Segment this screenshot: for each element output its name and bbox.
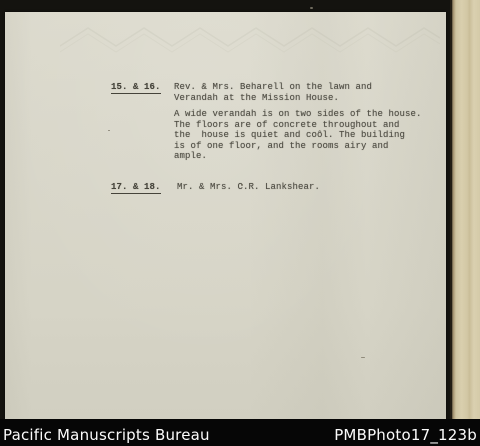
- footer: Pacific Manuscripts Bureau PMBPhoto17_12…: [0, 426, 480, 444]
- typewritten-line: Verandah at the Mission House.: [174, 93, 372, 104]
- typewritten-line: ample.: [174, 151, 422, 162]
- scanned-page: [5, 12, 446, 419]
- entry-15-16-description: A wide verandah is on two sides of the h…: [174, 109, 422, 162]
- adjacent-page-edge: [450, 0, 480, 427]
- archive-name: Pacific Manuscripts Bureau: [3, 426, 210, 444]
- photo-id: PMBPhoto17_123b: [334, 426, 477, 444]
- dust-speck: [310, 7, 313, 9]
- entry-number-label: 15. & 16.: [111, 82, 161, 94]
- catalog-entry-17-18: 17. & 18.: [111, 182, 161, 194]
- typewritten-line: The floors are of concrete throughout an…: [174, 120, 422, 131]
- entry-15-16-caption: Rev. & Mrs. Beharell on the lawn and Ver…: [174, 82, 372, 103]
- typewritten-line: A wide verandah is on two sides of the h…: [174, 109, 422, 120]
- scan-viewer: { "page": { "entries": [ { "label": "15.…: [0, 0, 480, 446]
- catalog-entry-15-16: 15. & 16.: [111, 82, 161, 94]
- typewritten-line: Mr. & Mrs. C.R. Lankshear.: [177, 182, 320, 193]
- typewritten-line: Rev. & Mrs. Beharell on the lawn and: [174, 82, 372, 93]
- typewritten-line: the house is quiet and coôl. The buildin…: [174, 130, 422, 141]
- typewritten-line: is of one floor, and the rooms airy and: [174, 141, 422, 152]
- dust-speck: [108, 130, 110, 131]
- chevron-watermark: [60, 16, 440, 58]
- entry-number-label: 17. & 18.: [111, 182, 161, 194]
- entry-17-18-caption: Mr. & Mrs. C.R. Lankshear.: [177, 182, 320, 193]
- dust-speck: [361, 357, 365, 358]
